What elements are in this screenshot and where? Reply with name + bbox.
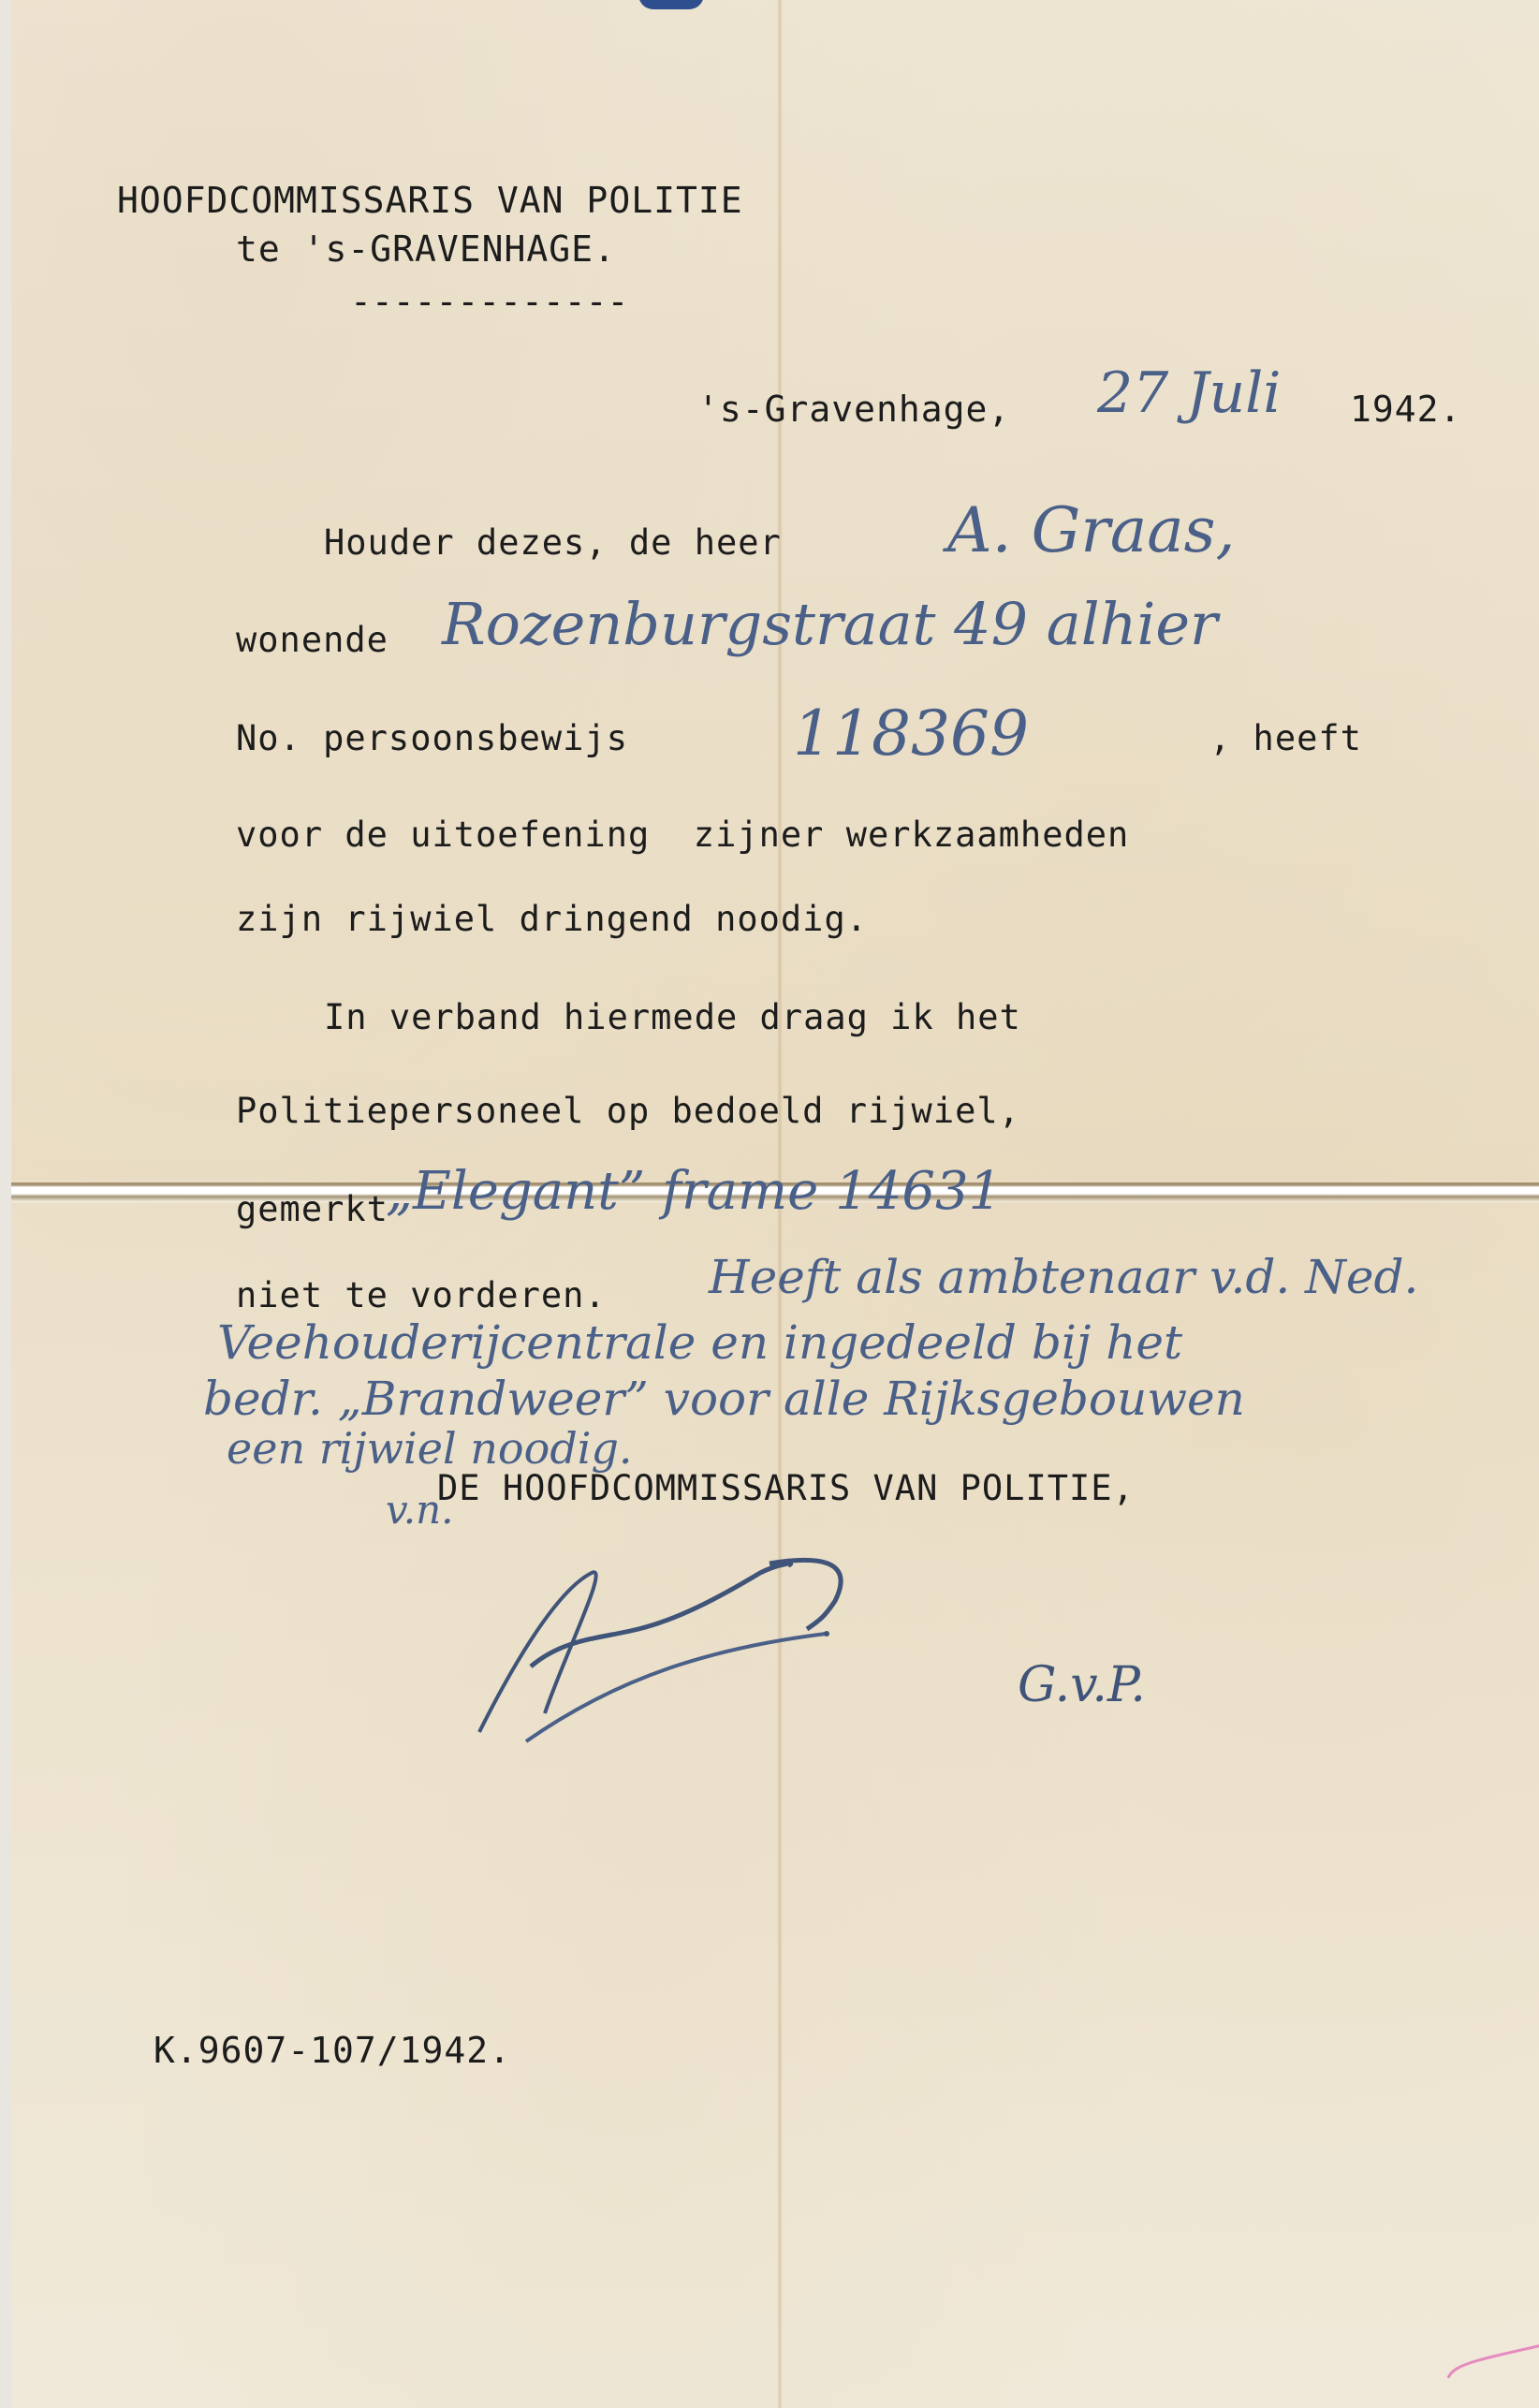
handwritten-note-line-2: Veehouderijcentrale en ingedeeld bij het xyxy=(217,1315,1182,1370)
reference-number: K.9607-107/1942. xyxy=(154,2030,511,2071)
body-p2-line-1: In verband hiermede draag ik het xyxy=(324,997,1021,1037)
body-wonende: wonende xyxy=(236,620,388,660)
top-clip-mark xyxy=(638,0,704,9)
holder-name-handwritten: A. Graas, xyxy=(947,494,1235,566)
id-number-handwritten: 118369 xyxy=(793,697,1029,770)
body-p2-line-2: Politiepersoneel op bedoeld rijwiel, xyxy=(236,1091,1020,1131)
body-gemerkt: gemerkt xyxy=(236,1189,388,1229)
signature-title: DE HOOFDCOMMISSARIS VAN POLITIE, xyxy=(437,1468,1135,1508)
body-id-label: No. persoonsbewijs xyxy=(236,718,628,758)
letterhead-line-1: HOOFDCOMMISSARIS VAN POLITIE xyxy=(117,180,743,221)
handwritten-note-line-3: bedr. „Brandweer” voor alle Rijksgebouwe… xyxy=(203,1372,1245,1426)
signature-initials-handwritten: G.v.P. xyxy=(1018,1657,1146,1713)
pink-pencil-mark-icon xyxy=(1444,2341,1539,2387)
body-houder-dezes: Houder dezes, de heer xyxy=(324,522,782,563)
handwritten-note-line-1: Heeft als ambtenaar v.d. Ned. xyxy=(709,1250,1418,1304)
dateline-year: 1942. xyxy=(1350,389,1461,430)
body-p2-line-4: niet te vorderen. xyxy=(236,1275,607,1315)
letterhead-line-2: te 's-GRAVENHAGE. xyxy=(236,228,616,270)
body-line-4: voor de uitoefening zijner werkzaamheden xyxy=(236,815,1129,855)
signature-scrawl-icon xyxy=(451,1526,1256,1769)
dateline-date-handwritten: 27 Juli xyxy=(1097,360,1282,426)
dateline-place: 's-Gravenhage, xyxy=(697,389,1010,430)
handwritten-note-line-4: een rijwiel noodig. xyxy=(227,1423,633,1474)
bike-mark-handwritten: „Elegant” frame 14631 xyxy=(386,1161,1002,1222)
body-line-5: zijn rijwiel dringend noodig. xyxy=(236,899,868,939)
body-heeft: , heeft xyxy=(1209,718,1362,758)
document-paper: HOOFDCOMMISSARIS VAN POLITIE te 's-GRAVE… xyxy=(11,0,1539,2408)
address-handwritten: Rozenburgstraat 49 alhier xyxy=(442,590,1218,658)
letterhead-rule: ------------- xyxy=(350,281,628,322)
